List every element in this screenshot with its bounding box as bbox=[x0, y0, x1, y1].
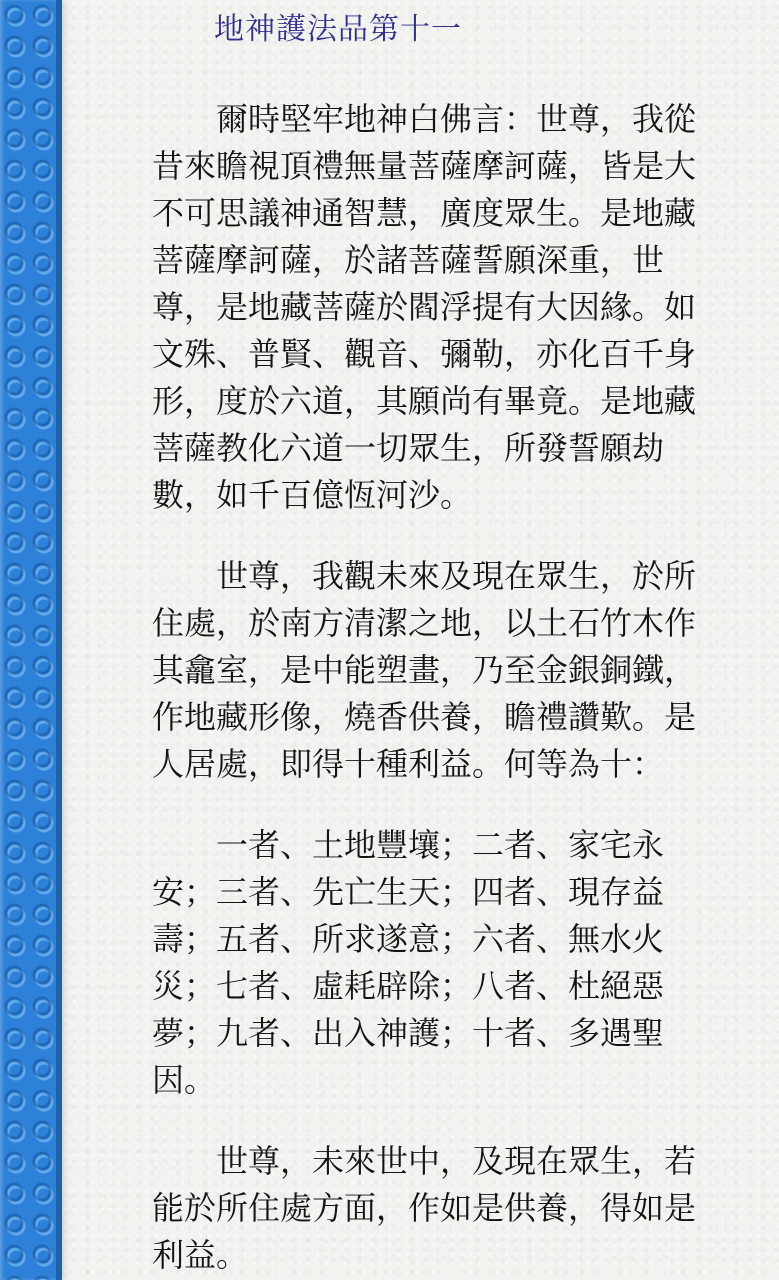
scripture-content: 地神護法品第十一 爾時堅牢地神白佛言：世尊，我從 昔來瞻視頂禮無量菩薩摩訶薩，皆… bbox=[152, 10, 724, 1279]
paragraph: 世尊，未來世中，及現在眾生，若 能於所住處方面，作如是供養，得如是 利益。 bbox=[152, 1138, 724, 1279]
decorative-left-border bbox=[0, 0, 62, 1280]
chapter-title: 地神護法品第十一 bbox=[214, 10, 724, 50]
paragraph: 一者、土地豐壤；二者、家宅永 安；三者、先亡生天；四者、現存益 壽；五者、所求遂… bbox=[152, 822, 724, 1104]
paragraph: 世尊，我觀未來及現在眾生，於所 住處，於南方清潔之地，以土石竹木作 其龕室，是中… bbox=[152, 553, 724, 788]
paragraph: 爾時堅牢地神白佛言：世尊，我從 昔來瞻視頂禮無量菩薩摩訶薩，皆是大 不可思議神通… bbox=[152, 96, 724, 519]
scripture-page: 地神護法品第十一 爾時堅牢地神白佛言：世尊，我從 昔來瞻視頂禮無量菩薩摩訶薩，皆… bbox=[0, 0, 779, 1280]
